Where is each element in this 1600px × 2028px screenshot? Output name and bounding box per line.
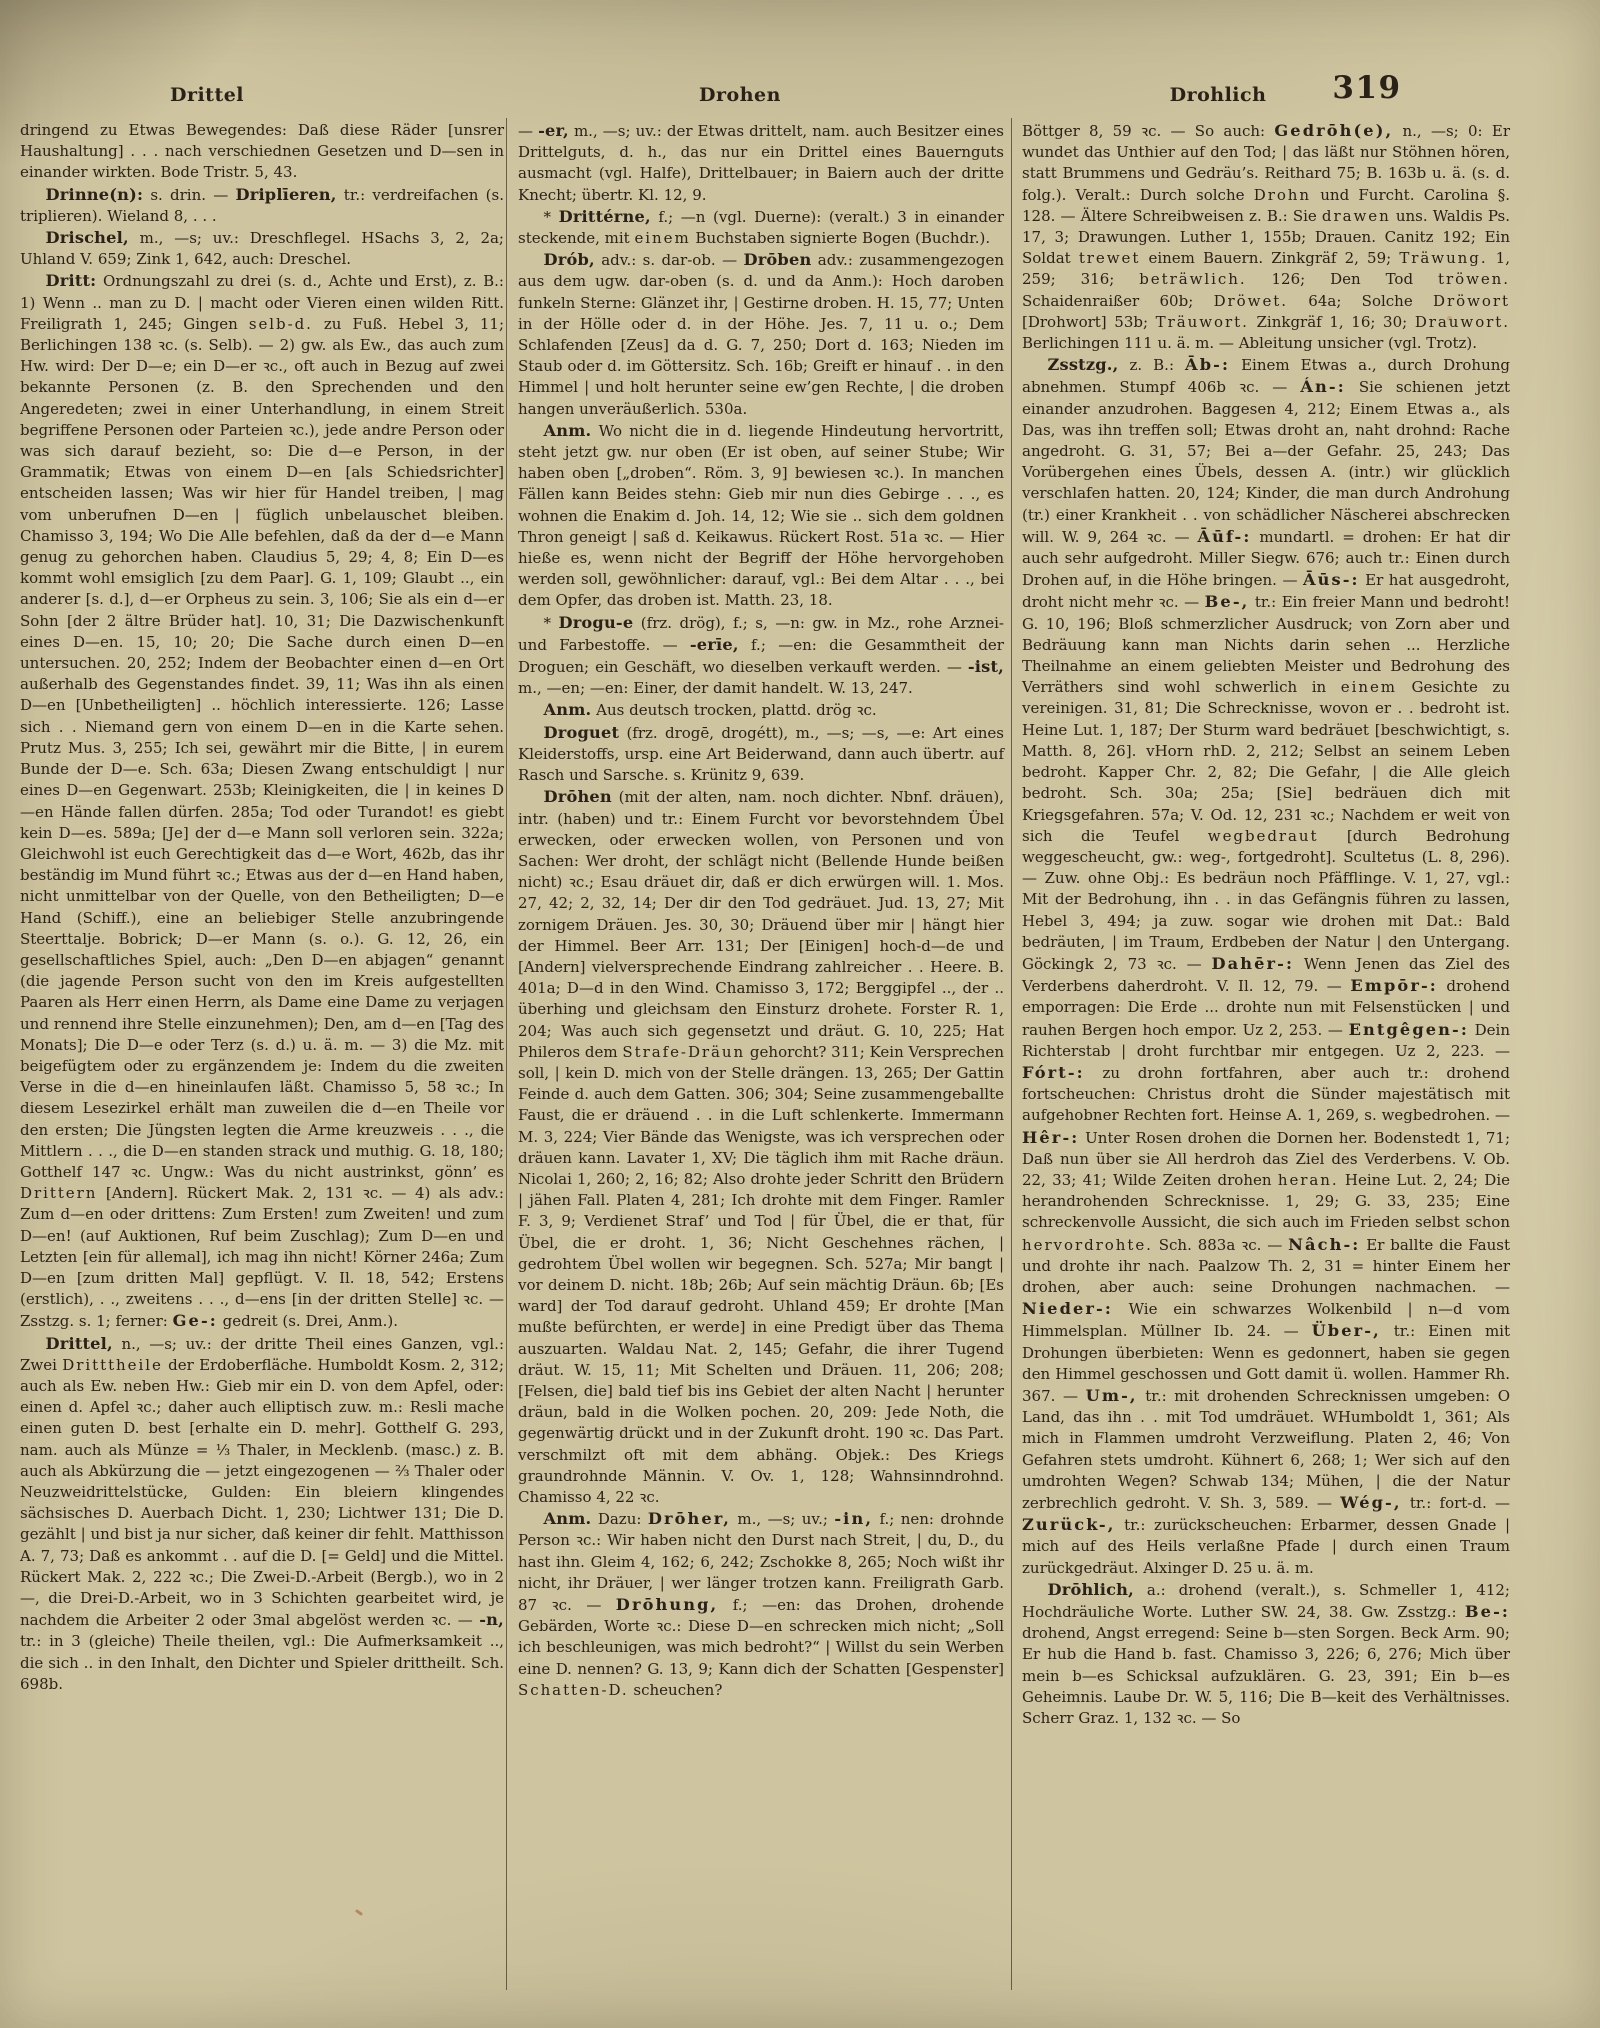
headword: Be-: (1465, 1602, 1510, 1621)
headword: Nieder-: (1022, 1299, 1113, 1318)
headword: Drischel, (46, 228, 129, 247)
entry-paragraph: Anm. Aus deutsch trocken, plattd. drög ꝛ… (518, 699, 1004, 721)
column-rule-left (506, 118, 507, 1990)
headword: Anm. (544, 700, 592, 719)
entry-text: einem Bauern. Zinkgräf 2, 59; (1140, 249, 1399, 267)
headword: Anm. (544, 1509, 592, 1528)
headword: Droguet (544, 723, 620, 742)
entry-paragraph: dringend zu Etwas Bewegendes: Daß diese … (20, 120, 504, 184)
entry-text: einem (634, 229, 690, 247)
page-number: 319 (1332, 70, 1401, 106)
headword: Über-, (1312, 1321, 1381, 1340)
headword: Nâch-: (1288, 1235, 1360, 1254)
entry-text: Sch. 883a ꝛc. — (1153, 1236, 1288, 1254)
column-rule-right (1011, 118, 1012, 1990)
entry-text: Drauwort. (1415, 313, 1510, 331)
headword: Drōhen (544, 787, 612, 806)
headword: Dahēr-: (1211, 954, 1294, 973)
entry-paragraph: Zsstzg., z. B.: Āb-: Einem Etwas a., dur… (1022, 354, 1510, 1579)
entry-text: zu Fuß. Hebel 3, 11; Berlichingen 138 ꝛc… (20, 315, 504, 1181)
headword: Drób, (544, 250, 595, 269)
entry-text: Aus deutsch trocken, plattd. drög ꝛc. (591, 701, 876, 719)
entry-text: (mit der alten, nam. noch dichter. Nbnf.… (518, 788, 1004, 1060)
headword: Be-, (1205, 592, 1250, 611)
headword: -n, (479, 1610, 504, 1629)
entry-text: Träuwort. (1156, 313, 1249, 331)
headword: Hêr-: (1022, 1128, 1079, 1147)
entry-text: selb-d. (249, 315, 313, 333)
entry-text: Buchstaben signierte Bogen (Buchdr.). (691, 229, 990, 247)
headword: Āūf-: (1198, 527, 1252, 546)
headword: Gedrōh(e), (1274, 121, 1393, 140)
entry-text: Strafe-Dräun (622, 1043, 745, 1061)
entry-paragraph: * Drogu-e (frz. drög), f.; s, —n: gw. in… (518, 612, 1004, 700)
headword: Āūs-: (1303, 570, 1360, 589)
running-head-center-keyword: Drohen (699, 84, 781, 106)
entry-text: adv.: zusammengezogen aus dem ugw. dar-o… (518, 251, 1004, 417)
entry-paragraph: Anm. Dazu: Drōher, m., —s; uv.; -in, f.;… (518, 1508, 1004, 1701)
entry-text: Träwung. (1399, 249, 1487, 267)
headword: Drōben (743, 250, 811, 269)
entry-text: Berlichingen 111 u. ä. m. — Ableitung un… (1022, 334, 1477, 352)
entry-text: trewet (1079, 249, 1141, 267)
paper-speck (355, 1909, 363, 1916)
entry-text: wegbedraut (1208, 827, 1319, 845)
entry-text: adv.: s. dar-ob. — (595, 251, 744, 269)
headword: Empōr-: (1350, 976, 1438, 995)
entry-paragraph: Drōhlich, a.: drohend (veralt.), s. Schm… (1022, 1579, 1510, 1729)
entry-paragraph: Dritt: Ordnungszahl zu drei (s. d., Acht… (20, 270, 504, 1332)
headword: Entgêgen-: (1349, 1020, 1469, 1039)
entry-paragraph: Drittel, n., —s; uv.: der dritte Theil e… (20, 1333, 504, 1695)
entry-text: Dröwet. (1214, 292, 1288, 310)
entry-text: m., —s; uv.: der Etwas drittelt, nam. au… (518, 122, 1004, 204)
headword: Drinne(n): (46, 185, 144, 204)
entry-text: m., —s; uv.; (731, 1510, 834, 1528)
entry-text: * (544, 614, 559, 632)
entry-text: — (518, 122, 538, 140)
headword: -erīe, (690, 635, 739, 654)
entry-text: einem (1341, 678, 1397, 696)
text-column-2: — -er, m., —s; uv.: der Etwas drittelt, … (518, 120, 1004, 1701)
scanned-dictionary-page: Drittel Drohen Drohlich 319 dringend zu … (0, 0, 1600, 2028)
headword: Drittérne, (559, 207, 651, 226)
entry-text: Sie schienen jetzt einander anzudrohen. … (1022, 378, 1510, 545)
headword: Dritt: (46, 271, 97, 290)
entry-text: scheuchen? (629, 1681, 723, 1699)
entry-text: Schaidenraißer 60b; (1022, 292, 1214, 310)
headword: Zurück-, (1022, 1515, 1116, 1534)
entry-text: Gesichte zu vereinigen. 31, 81; Die Schr… (1022, 678, 1510, 844)
entry-text: Dröwort (1433, 292, 1510, 310)
headword: -ist, (968, 657, 1004, 676)
entry-text: heran. (1278, 1171, 1339, 1189)
entry-text: m., —en; —en: Einer, der damit handelt. … (518, 679, 913, 697)
entry-text: tröwen. (1438, 270, 1510, 288)
headword: Āb-: (1185, 355, 1230, 374)
headword: Drōhlich, (1048, 1580, 1135, 1599)
entry-paragraph: * Drittérne, f.; —n (vgl. Duerne): (vera… (518, 206, 1004, 249)
headword: Anm. (544, 421, 592, 440)
entry-text: drawen (1322, 207, 1391, 225)
headword: Wég-, (1340, 1493, 1401, 1512)
entry-text: z. B.: (1118, 356, 1185, 374)
entry-text: drohend, Angst erregend: Seine b—sten So… (1022, 1624, 1510, 1727)
headword: -er, (538, 121, 569, 140)
headword: Zsstzg., (1048, 355, 1119, 374)
entry-paragraph: Drōhen (mit der alten, nam. noch dichter… (518, 786, 1004, 1508)
entry-text: gedreit (s. Drei, Anm.). (218, 1312, 398, 1330)
headword: Drōhung, (616, 1595, 718, 1614)
headword: Um-, (1086, 1386, 1138, 1405)
entry-text: beträwlich. (1139, 270, 1246, 288)
headword: Drittel, (46, 1334, 113, 1353)
entry-text: dringend zu Etwas Bewegendes: Daß diese … (20, 121, 504, 181)
entry-text: Dazu: (591, 1510, 647, 1528)
entry-text: 64a; Solche (1288, 292, 1433, 310)
entry-text: Wo nicht die in d. liegende Hindeutung h… (518, 422, 1004, 610)
running-head-left-keyword: Drittel (170, 84, 244, 106)
entry-text: tr.: in 3 (gleiche) Theile theilen, vgl.… (20, 1632, 504, 1692)
entry-text: [durch Bedrohung weggescheucht, gw.: weg… (1022, 827, 1510, 973)
headword: Fórt-: (1022, 1063, 1085, 1082)
entry-paragraph: Böttger 8, 59 ꝛc. — So auch: Gedrōh(e), … (1022, 120, 1510, 354)
entry-text: s. drin. — (143, 186, 235, 204)
running-head-right-keyword: Drohlich (1170, 84, 1267, 106)
entry-text: 126; Den Tod (1247, 270, 1438, 288)
entry-text: zu drohn fortfahren, aber auch tr.: droh… (1022, 1064, 1510, 1124)
headword: Driplīeren, (235, 185, 336, 204)
entry-text: Drohn (1254, 186, 1311, 204)
entry-text: [Drohwort] 53b; (1022, 313, 1156, 331)
entry-text: hervordrohte. (1022, 1236, 1153, 1254)
entry-text: der Erdoberfläche. Humboldt Kosm. 2, 312… (20, 1356, 504, 1629)
headword: Án-: (1300, 377, 1345, 396)
entry-paragraph: Anm. Wo nicht die in d. liegende Hindeut… (518, 420, 1004, 612)
headword: -in, (834, 1509, 873, 1528)
headword: Drōher, (648, 1509, 731, 1528)
entry-paragraph: Drób, adv.: s. dar-ob. — Drōben adv.: zu… (518, 249, 1004, 420)
entry-text: [Andern]. Rückert Mak. 2, 131 ꝛc. — 4) a… (20, 1184, 504, 1330)
text-column-3: Böttger 8, 59 ꝛc. — So auch: Gedrōh(e), … (1022, 120, 1510, 1729)
entry-text: Dritttheile (62, 1356, 163, 1374)
entry-text: Böttger 8, 59 ꝛc. — So auch: (1022, 122, 1274, 140)
text-column-1: dringend zu Etwas Bewegendes: Daß diese … (20, 120, 504, 1695)
entry-text: Zinkgräf 1, 16; 30; (1249, 313, 1415, 331)
entry-paragraph: Droguet (frz. drogē, drogétt), m., —s; —… (518, 722, 1004, 787)
headword: Ge-: (173, 1311, 218, 1330)
entry-paragraph: Drischel, m., —s; uv.: Dreschflegel. HSa… (20, 227, 504, 270)
entry-text: gehorcht? 311; Kein Versprechen soll, | … (518, 1043, 1004, 1506)
entry-paragraph: Drinne(n): s. drin. — Driplīeren, tr.: v… (20, 184, 504, 227)
headword: Drogu-e (558, 613, 633, 632)
entry-paragraph: — -er, m., —s; uv.: der Etwas drittelt, … (518, 120, 1004, 206)
paper-speck (1447, 316, 1452, 321)
entry-text: tr.: fort-d. — (1402, 1494, 1510, 1512)
entry-text: Schatten-D. (518, 1681, 629, 1699)
entry-text: * (544, 208, 559, 226)
entry-text: Drittern (20, 1184, 97, 1202)
